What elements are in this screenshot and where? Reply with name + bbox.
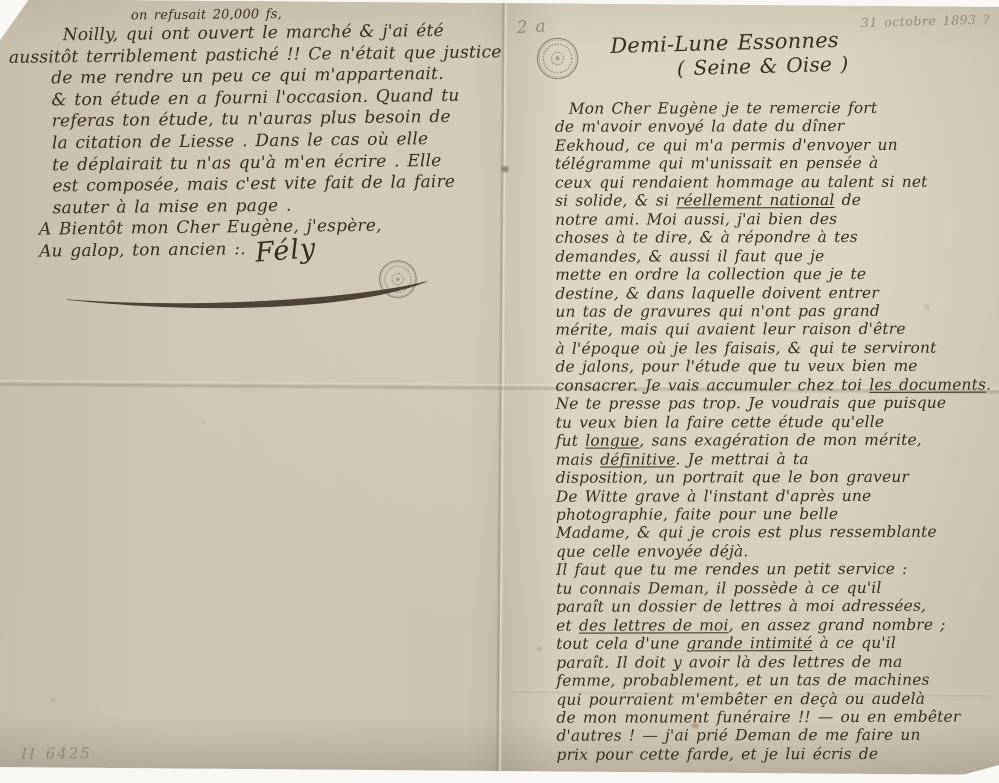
manuscript-line: ceux qui rendaient hommage au talent si …	[555, 172, 995, 192]
inventory-number-pencil: II 6425	[21, 744, 92, 763]
library-ink-stamp-icon	[534, 35, 580, 81]
underlined-phrase: grande intimité	[686, 634, 812, 652]
manuscript-line: Mon Cher Eugène je te remercie fort	[555, 99, 995, 119]
manuscript-line: qui pourraient m'embêter en deçà ou aude…	[556, 689, 996, 709]
manuscript-line: mérite, mais qui avaient leur raison d'ê…	[555, 320, 995, 340]
manuscript-line: mette en ordre la collection que je te	[555, 265, 995, 285]
manuscript-line: notre ami. Moi aussi, j'ai bien des	[555, 209, 995, 229]
manuscript-line: télégramme qui m'unissait en pensée à	[555, 154, 995, 174]
underlined-phrase: des lettres de moi	[579, 616, 729, 634]
manuscript-line: destine, & dans laquelle doivent entrer	[555, 283, 995, 303]
letter-heading: Demi-Lune Essonnes ( Seine & Oise )	[610, 28, 849, 82]
letter-sheet: on refusait 20,000 fs, Noilly, qui ont o…	[0, 0, 999, 775]
manuscript-line: d'autres ! — j'ai prié Deman de me faire…	[556, 726, 996, 746]
manuscript-line: photographie, faite pour une belle	[556, 505, 996, 525]
letter-page-right: 2 a 31 octobre 1893 ? Demi-Lune Essonnes…	[509, 9, 996, 773]
manuscript-line: Madame, & qui je crois est plus ressembl…	[556, 523, 996, 543]
letter-page-left: on refusait 20,000 fs, Noilly, qui ont o…	[13, 9, 497, 761]
manuscript-line: prix pour cette farde, et je lui écris d…	[556, 744, 996, 764]
underlined-phrase: définitive	[600, 450, 675, 468]
manuscript-line: De Witte grave à l'instant d'après une	[556, 486, 996, 506]
manuscript-line: demandes, & aussi il faut que je	[555, 246, 995, 266]
manuscript-line: consacrer. Je vais accumuler chez toi le…	[556, 375, 996, 395]
manuscript-line: Il faut que tu me rendes un petit servic…	[556, 560, 996, 580]
manuscript-line: et des lettres de moi, en assez grand no…	[556, 615, 996, 635]
manuscript-line: si solide, & si réellement national de	[555, 191, 995, 211]
manuscript-line: mais définitive. Je mettrai à ta	[556, 449, 996, 469]
manuscript-line: femme, probablement, et un tas de machin…	[556, 671, 996, 691]
underlined-phrase: réellement national	[676, 191, 835, 209]
manuscript-line: Eekhoud, ce qui m'a permis d'envoyer un	[555, 136, 995, 156]
underlined-phrase: les documents	[869, 375, 986, 393]
manuscript-line: un tas de gravures qui n'ont pas grand	[555, 302, 995, 322]
manuscript-line: tu connais Deman, il possède à ce qu'il	[556, 578, 996, 598]
interline-insertion: on refusait 20,000 fs,	[131, 7, 282, 23]
underlined-phrase: longue	[585, 432, 639, 450]
manuscript-line: de mon monument funéraire !! — ou en emb…	[556, 708, 996, 728]
right-page-text: Mon Cher Eugène je te remercie fortde m'…	[555, 99, 997, 764]
signature: Fély	[254, 233, 317, 269]
manuscript-line: Ne te presse pas trop. Je voudrais que p…	[556, 394, 996, 414]
manuscript-line: paraît. Il doit y avoir là des lettres d…	[556, 652, 996, 672]
manuscript-line: de jalons, pour l'étude que tu veux bien…	[555, 357, 995, 377]
left-page-text: Noilly, qui ont ouvert le marché & j'ai …	[17, 20, 498, 263]
manuscript-line: fut longue, sans exagération de mon méri…	[556, 431, 996, 451]
manuscript-line: disposition, un portrait que le bon grav…	[556, 468, 996, 488]
library-ink-stamp-icon	[377, 258, 419, 300]
manuscript-line: tu veux bien la faire cette étude qu'ell…	[556, 412, 996, 432]
foxing-spot	[502, 166, 509, 172]
manuscript-line: paraît un dossier de lettres à moi adres…	[556, 597, 996, 617]
scan-background: on refusait 20,000 fs, Noilly, qui ont o…	[0, 0, 999, 783]
manuscript-line: que celle envoyée déjà.	[556, 541, 996, 561]
manuscript-line: tout cela d'une grande intimité à ce qu'…	[556, 634, 996, 654]
date-annotation-pencil: 31 octobre 1893 ?	[860, 12, 990, 30]
manuscript-line: à l'époque où je les faisais, & qui te s…	[555, 338, 995, 358]
manuscript-line: choses à te dire, & à répondre à tes	[555, 228, 995, 248]
manuscript-line: de m'avoir envoyé la date du dîner	[555, 117, 995, 137]
